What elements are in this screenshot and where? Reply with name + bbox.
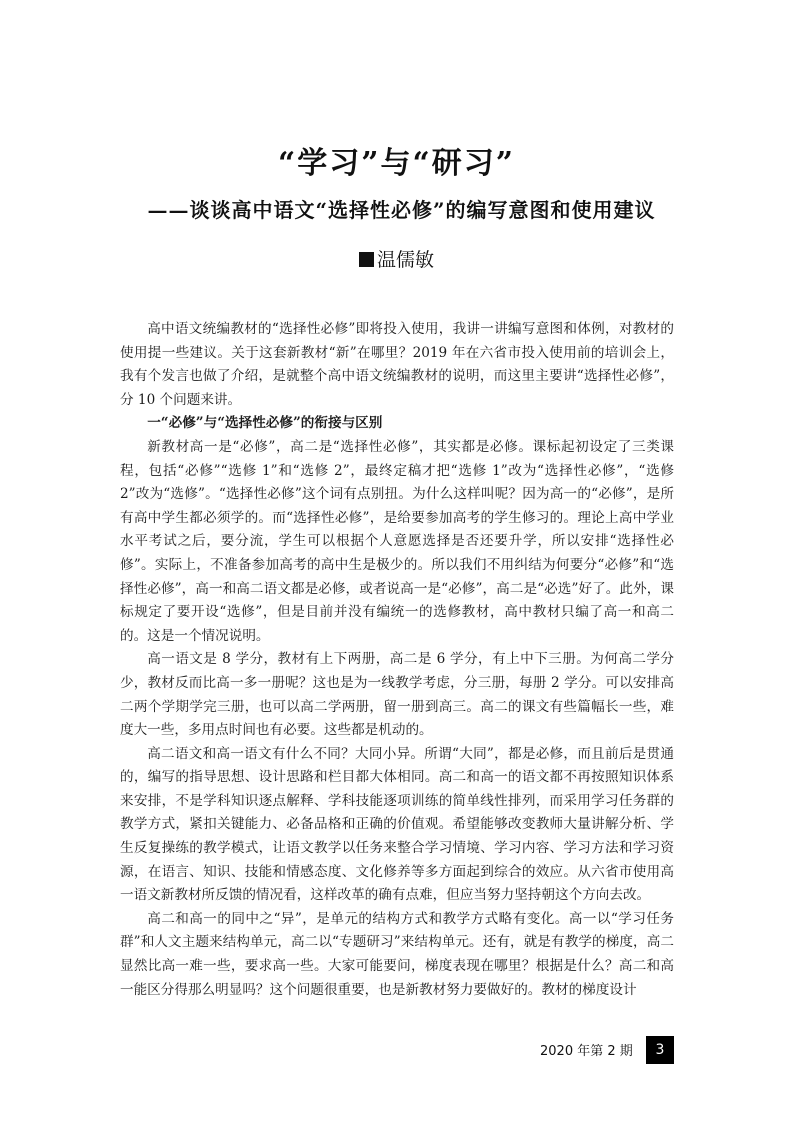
paragraph-intro: 高中语文统编教材的“选择性必修”即将投入使用，我讲一讲编写意图和体例，对教材的使…	[120, 318, 674, 412]
issue-label: 2020 年第 2 期	[540, 1040, 633, 1064]
article-subtitle: ——谈谈高中语文“选择性必修”的编写意图和使用建议	[0, 194, 793, 223]
paragraph: 高一语文是 8 学分，教材有上下两册，高二是 6 学分，有上中下三册。为何高二学…	[120, 648, 674, 742]
paragraph: 新教材高一是“必修”，高二是“选择性必修”，其实都是必修。课标起初设定了三类课程…	[120, 436, 674, 648]
article-body: 高中语文统编教材的“选择性必修”即将投入使用，我讲一讲编写意图和体例，对教材的使…	[120, 318, 674, 1002]
document-page: “学习”与“研习” ——谈谈高中语文“选择性必修”的编写意图和使用建议 温儒敏 …	[0, 0, 793, 1122]
article-title: “学习”与“研习”	[0, 138, 793, 182]
paragraph: 高二语文和高一语文有什么不同？大同小异。所谓“大同”，都是必修，而且前后是贯通的…	[120, 743, 674, 908]
section-heading: 一“必修”与“选择性必修”的衔接与区别	[120, 412, 674, 436]
paragraph: 高二和高一的同中之“异”，是单元的结构方式和教学方式略有变化。高一以“学习任务群…	[120, 908, 674, 1002]
author-line: 温儒敏	[0, 245, 793, 272]
author-name: 温儒敏	[377, 249, 434, 271]
black-square-icon	[359, 252, 374, 267]
page-number: 3	[646, 1036, 674, 1064]
